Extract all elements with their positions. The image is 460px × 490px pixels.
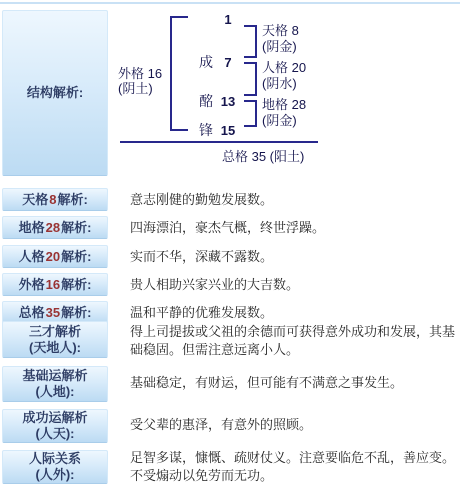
label-text: 人格20解析:: [19, 249, 92, 265]
name-structure-diagram: 1 成 7 酩 13 锋 15 外格 16 (阴土) 天格 8 (阴金) 人格 …: [0, 0, 460, 178]
label-success-luck-analysis: 成功运解析 (人天):: [2, 409, 108, 443]
label-person-grid-analysis: 人格20解析:: [2, 245, 108, 268]
name-char-3-strokes: 15: [216, 123, 240, 138]
label-line1: 三才解析: [29, 324, 81, 340]
label-text: 总格35解析:: [19, 305, 92, 321]
person-grid-element: (阴水): [262, 76, 342, 92]
heaven-grid-element: (阴金): [262, 39, 342, 55]
outer-grid-element: (阴土): [118, 81, 170, 96]
heaven-grid-title: 天格 8: [262, 23, 342, 39]
total-grid-label: 总格 35 (阳土): [222, 146, 304, 165]
name-char-2: 酩: [196, 91, 216, 111]
foundation-luck-text: 基础稳定，有财运，但可能有不满意之事发生。: [130, 374, 455, 392]
label-line2: (人天):: [36, 426, 75, 442]
outer-grid-label: 外格 16 (阴土): [118, 66, 170, 96]
total-grid-underline: [120, 141, 318, 143]
label-interpersonal-relations: 人际关系 (人外):: [2, 450, 108, 484]
person-grid-label: 人格 20 (阴水): [262, 60, 342, 92]
heaven-grid-analysis-text: 意志刚健的勤勉发展数。: [130, 191, 455, 209]
name-char-3: 锋: [196, 120, 216, 140]
label-line1: 成功运解析: [22, 410, 87, 426]
diagram-char-row-2: 酩 13: [196, 91, 242, 111]
diagram-char-row-3: 锋 15: [196, 120, 242, 140]
grid-number: 16: [45, 277, 61, 292]
label-text: 外格16解析:: [19, 277, 92, 293]
outer-grid-analysis-text: 贵人相助兴家兴业的大吉数。: [130, 276, 455, 294]
label-line2: (天地人):: [29, 340, 81, 356]
earth-grid-analysis-text: 四海漂泊，豪杰气概，终世浮躁。: [130, 219, 455, 237]
outer-grid-title: 外格 16: [118, 66, 170, 81]
grid-number: 20: [45, 249, 61, 264]
diagram-char-row-1: 成 7: [196, 52, 242, 72]
label-outer-grid-analysis: 外格16解析:: [2, 273, 108, 296]
outer-grid-bracket: [170, 16, 188, 131]
name-char-1-strokes: 7: [216, 55, 240, 70]
name-char-1: 成: [196, 52, 216, 72]
label-heaven-grid-analysis: 天格8解析:: [2, 188, 108, 211]
label-text: 地格28解析:: [19, 220, 92, 236]
diagram-top-number: 1: [214, 12, 242, 27]
interpersonal-relations-text: 足智多谋，慷慨、疏财仗义。注意要临危不乱，善应变。不受煽动以免劳而无功。: [130, 449, 455, 485]
name-char-2-strokes: 13: [216, 94, 240, 109]
earth-grid-bracket: [244, 100, 257, 127]
sancai-analysis-text: 得上司提拔或父祖的余德而可获得意外成功和发展，其基础稳固。但需注意远离小人。: [130, 323, 455, 359]
grid-number: 28: [45, 220, 61, 235]
label-text: 天格8解析:: [22, 192, 88, 208]
label-line2: (人地):: [36, 384, 75, 400]
total-grid-analysis-text: 温和平静的优雅发展数。: [130, 304, 455, 322]
label-sancai-analysis: 三才解析 (天地人):: [2, 321, 108, 358]
label-earth-grid-analysis: 地格28解析:: [2, 216, 108, 239]
label-line2: (人外):: [36, 467, 75, 483]
heaven-grid-label: 天格 8 (阴金): [262, 23, 342, 55]
person-grid-bracket: [244, 62, 257, 96]
success-luck-text: 受父辈的惠泽，有意外的照顾。: [130, 416, 455, 434]
earth-grid-title: 地格 28: [262, 97, 342, 113]
person-grid-title: 人格 20: [262, 60, 342, 76]
label-line1: 人际关系: [29, 451, 81, 467]
earth-grid-label: 地格 28 (阴金): [262, 97, 342, 129]
heaven-grid-bracket: [244, 25, 257, 58]
person-grid-analysis-text: 实而不华，深藏不露数。: [130, 248, 455, 266]
earth-grid-element: (阴金): [262, 113, 342, 129]
name-analysis-page: 结构解析: 1 成 7 酩 13 锋 15 外格 16 (阴土) 天格 8 (阴…: [0, 0, 460, 490]
label-foundation-luck-analysis: 基础运解析 (人地):: [2, 366, 108, 402]
grid-number: 35: [45, 305, 61, 320]
label-line1: 基础运解析: [22, 368, 87, 384]
